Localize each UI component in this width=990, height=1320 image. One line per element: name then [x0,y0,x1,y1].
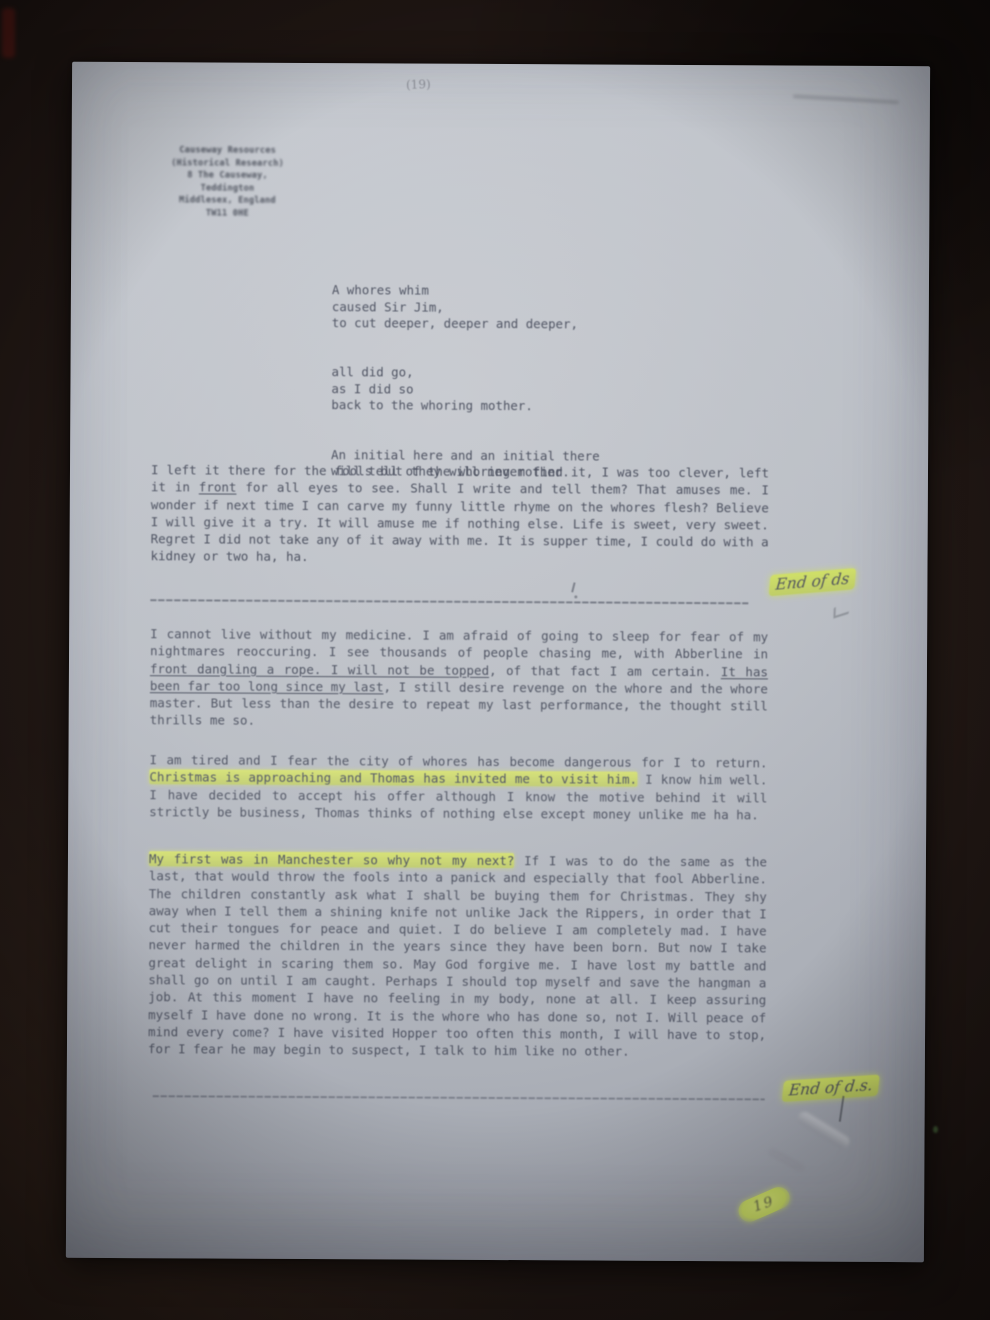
poem-stanza: all did go, as I did so back to the whor… [331,365,600,415]
text-segment-highlight: My first was in Manchester so why not my… [149,851,515,868]
text-segment-underline: front [199,480,237,495]
typed-divider-line [150,599,748,604]
graphite-smudge [795,1110,851,1151]
letterhead-stamp: Causeway Resources (Historical Research)… [159,144,295,220]
paragraph-cannot-live: I cannot live without my medicine. I am … [150,625,769,732]
paragraph-my-first-was: My first was in Manchester so why not my… [148,850,767,1061]
paragraph-left-it-there: I left it there for the fools but they w… [151,461,770,568]
text-segment-underline: front dangling a rope. I will not be top… [150,661,489,678]
handwritten-page-number-top: (19) [406,77,431,92]
typed-divider-line [153,1095,765,1100]
pencil-tick [571,582,575,592]
highlighted-page-number-19: 19 [735,1183,793,1225]
poem-stanza: A whores whim caused Sir Jim, to cut dee… [332,282,601,332]
handwritten-note-end-of-ds: End of ds [769,568,856,596]
page-number-text: 19 [751,1193,777,1215]
background-artifact [2,8,15,58]
text-segment-plain: I cannot live without my medicine. I am … [150,626,768,662]
typewritten-page: Causeway Resources (Historical Research)… [66,62,930,1262]
pencil-tick-dot [574,595,577,598]
text-segment-plain: If I was to do the same as the last, tha… [148,853,767,1059]
pencil-smudge-line [793,95,899,104]
highlighted-note-text: End of d.s. [782,1075,880,1102]
background-speck [933,1126,938,1133]
pen-descender-stroke [839,1096,845,1122]
text-segment-plain: for all eyes to see. Shall I write and t… [151,480,769,565]
text-segment-highlight: Christmas is approaching and Thomas has … [149,769,637,787]
pencil-check-mark [833,603,849,618]
text-segment-plain: I am tired and I fear the city of whores… [149,752,767,770]
highlighted-note-text: End of ds [769,568,857,596]
graphite-smudge [767,1147,806,1174]
paragraph-i-am-tired: I am tired and I fear the city of whores… [149,751,767,823]
document-photo: Causeway Resources (Historical Research)… [0,0,990,1320]
text-segment-plain: , of that fact I am certain. [489,663,721,679]
handwritten-note-end-of-ds-bottom: End of d.s. [782,1075,879,1102]
